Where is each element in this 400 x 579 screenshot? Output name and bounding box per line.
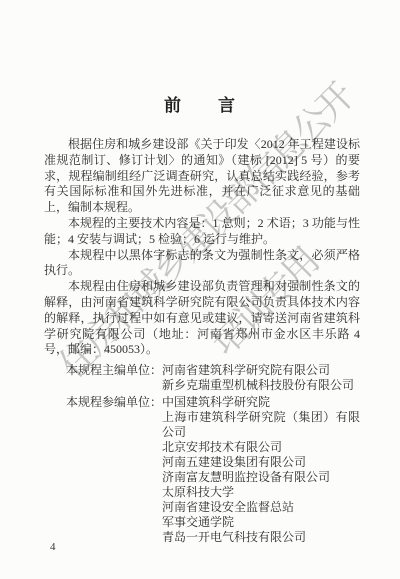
participating-editor-units: 中国建筑科学研究院 上海市建筑科学研究院（集团）有限公司 北京安邦技术有限公司 … [162,395,360,545]
paragraph-mandatory-provisions: 本规程中以黑体字标志的条文为强制性条文，必须严格执行。 [44,248,360,280]
body-content: 根据住房和城乡建设部《关于印发〈2012 年工程建设标准规范制订、修订计划〉的通… [44,137,360,545]
page-title: 前 言 [0,91,400,116]
participating-editor-unit: 中国建筑科学研究院 [162,395,360,410]
participating-editor-row: 本规程参编单位： 中国建筑科学研究院 上海市建筑科学研究院（集团）有限公司 北京… [44,395,360,545]
participating-editor-unit: 北京安邦技术有限公司 [162,440,360,455]
participating-editor-unit: 军事交通学院 [162,515,360,530]
participating-editor-unit: 河南五建建设集团有限公司 [162,455,360,470]
chief-editor-units: 河南省建筑科学研究院有限公司 新乡克瑞重型机械科技股份有限公司 [162,363,360,393]
participating-editor-unit: 济南富友慧明监控设备有限公司 [162,470,360,485]
chief-editor-unit: 新乡克瑞重型机械科技股份有限公司 [162,378,360,393]
page-number: 4 [50,541,56,553]
paragraph-basis: 根据住房和城乡建设部《关于印发〈2012 年工程建设标准规范制订、修订计划〉的通… [44,137,360,216]
chief-editor-label: 本规程主编单位： [44,363,162,378]
document-page: 住房和城乡建设部信息公开 培训专用 前 言 根据住房和城乡建设部《关于印发〈20… [0,0,400,579]
chief-editor-row: 本规程主编单位： 河南省建筑科学研究院有限公司 新乡克瑞重型机械科技股份有限公司 [44,363,360,393]
paragraph-contents: 本规程的主要技术内容是：1 总则；2 术语；3 功能与性能；4 安装与调试；5 … [44,216,360,248]
chief-editor-unit: 河南省建筑科学研究院有限公司 [162,363,360,378]
participating-editor-unit: 河南省建设安全监督总站 [162,500,360,515]
participating-editor-label: 本规程参编单位： [44,395,162,410]
participating-editor-unit: 上海市建筑科学研究院（集团）有限公司 [162,410,360,440]
participating-editor-unit: 太原科技大学 [162,485,360,500]
paragraph-administration: 本规程由住房和城乡建设部负责管理和对强制性条文的解释，由河南省建筑科学研究院有限… [44,279,360,358]
participating-editor-unit: 青岛一开电气科技有限公司 [162,530,360,545]
